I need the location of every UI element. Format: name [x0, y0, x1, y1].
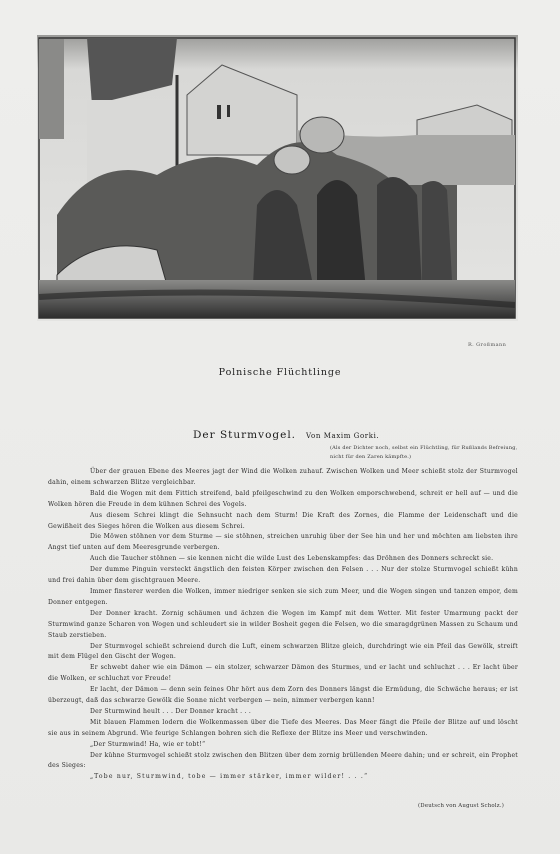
title-text: Der Sturmvogel. — [193, 429, 296, 441]
paragraph: „Der Sturmwind! Ha, wie er tobt!“ — [48, 740, 518, 751]
illustration-caption: Polnische Flüchtlinge — [0, 367, 560, 378]
closing-quote: „Tobe nur, Sturmwind, tobe — immer stärk… — [48, 772, 518, 783]
translator-credit: (Deutsch von August Scholz.) — [418, 803, 504, 809]
magazine-page: R. Großmann Polnische Flüchtlinge Der St… — [0, 0, 560, 854]
artist-signature: R. Großmann — [468, 342, 506, 348]
article-body: Über der grauen Ebene des Meeres jagt de… — [48, 467, 518, 783]
paragraph: Mit blauen Flammen lodern die Wolkenmass… — [48, 718, 518, 740]
paragraph: Er lacht, der Dämon — denn sein feines O… — [48, 685, 518, 707]
paragraph: Der dumme Pinguin versteckt ängstlich de… — [48, 565, 518, 587]
paragraph: Die Möwen stöhnen vor dem Sturme — sie s… — [48, 532, 518, 554]
paragraph: Der Sturmvogel schießt schreiend durch d… — [48, 642, 518, 664]
paragraph: Bald die Wogen mit dem Fittich streifend… — [48, 489, 518, 511]
paragraph: Über der grauen Ebene des Meeres jagt de… — [48, 467, 518, 489]
paragraph: Der Sturmwind heult . . . Der Donner kra… — [48, 707, 518, 718]
paragraph: Er schwebt daher wie ein Dämon — ein sto… — [48, 663, 518, 685]
paragraph: Der Donner kracht. Zornig schäumen und ä… — [48, 609, 518, 642]
paragraph: Immer finsterer werden die Wolken, immer… — [48, 587, 518, 609]
article-title: Der Sturmvogel.Von Maxim Gorki. — [193, 429, 379, 441]
lithograph-illustration — [37, 35, 518, 321]
refugees-drawing — [37, 35, 518, 321]
paragraph: Auch die Taucher stöhnen — sie kennen ni… — [48, 554, 518, 565]
author-note: (Als der Dichter noch, selbst ein Flücht… — [330, 444, 520, 462]
author-byline: Von Maxim Gorki. — [306, 432, 379, 440]
paragraph: Der kühne Sturmvogel schießt stolz zwisc… — [48, 751, 518, 773]
paragraph: Aus diesem Schrei klingt die Sehnsucht n… — [48, 511, 518, 533]
